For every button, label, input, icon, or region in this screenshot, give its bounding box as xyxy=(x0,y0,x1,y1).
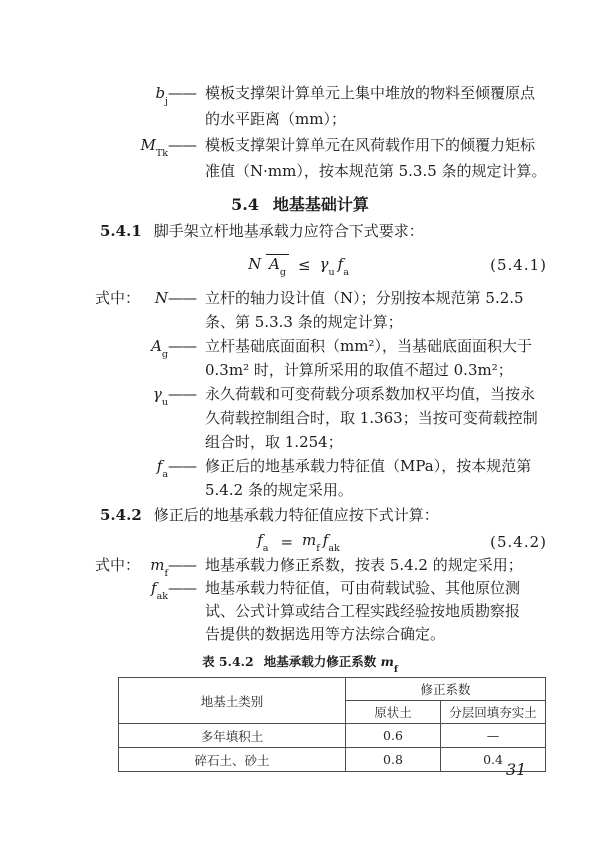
formula-term-fa: fa xyxy=(257,531,268,552)
shizhong-label: 式中： xyxy=(95,554,140,577)
equation-number: (5.4.1) xyxy=(490,256,547,274)
term-definition-mf: 式中：mf —— 地基承载力修正系数，按表 5.4.2 的规定采用； xyxy=(0,554,547,577)
term-symbol-area: bj xyxy=(0,80,168,106)
formula-term-mf: mf xyxy=(302,531,320,552)
formula-term-fak: fak xyxy=(323,531,340,552)
scanned-standard-page: { "page_number": "31", "dash": "——", "in… xyxy=(0,0,600,848)
table-row: 碎石土、砂土 0.8 0.4 xyxy=(119,748,546,772)
cell-value: 0.4 xyxy=(441,748,546,772)
clause-541: 5.4.1脚手架立杆地基承载力应符合下式要求： xyxy=(0,218,547,244)
term-definition-fak: fak —— 地基承载力特征值，可由荷载试验、其他原位测试、公式计算或结合工程实… xyxy=(0,577,547,646)
fraction-denominator: Ag xyxy=(266,254,289,273)
cell-category: 碎石土、砂土 xyxy=(119,748,346,772)
term-symbol: mf xyxy=(150,554,168,577)
shizhong-label: 式中： xyxy=(95,286,140,310)
cell-category: 多年填积土 xyxy=(119,724,346,748)
term-list-previous-clause: bj —— 模板支撑架计算单元上集中堆放的物料至倾覆原点的水平距离（mm）； M… xyxy=(0,80,547,184)
definition-dash: —— xyxy=(168,554,205,577)
formula-542: fa = mf fak (5.4.2) xyxy=(0,529,600,554)
term-description: 立杆基础底面面积（mm²），当基础底面面积大于 0.3m² 时，计算所采用的取值… xyxy=(205,334,547,382)
section-number: 5.4 xyxy=(231,195,259,214)
clause-number: 5.4.1 xyxy=(100,222,142,240)
term-symbol: N xyxy=(155,286,168,310)
term-description: 模板支撑架计算单元上集中堆放的物料至倾覆原点的水平距离（mm）； xyxy=(205,80,547,132)
fraction: N Ag xyxy=(248,255,289,276)
definition-dash: —— xyxy=(168,577,205,600)
term-description: 修正后的地基承载力特征值（MPa），按本规范第 5.4.2 条的规定采用。 xyxy=(205,454,547,502)
term-symbol: fak xyxy=(151,577,168,600)
definition-dash: —— xyxy=(168,382,205,406)
clause-542: 5.4.2修正后的地基承载力特征值应按下式计算： xyxy=(0,502,547,528)
relation-symbol: ≤ xyxy=(298,256,311,274)
cell-value: 0.8 xyxy=(346,748,441,772)
definition-dash: —— xyxy=(168,286,205,310)
equation-number: (5.4.2) xyxy=(490,533,547,551)
header-group: 修正系数 xyxy=(346,678,546,701)
header-undisturbed-soil: 原状土 xyxy=(346,701,441,724)
term-definition-bj: bj —— 模板支撑架计算单元上集中堆放的物料至倾覆原点的水平距离（mm）； xyxy=(0,80,547,132)
term-description: 模板支撑架计算单元在风荷载作用下的倾覆力矩标准值（N·mm），按本规范第 5.3… xyxy=(205,132,547,184)
table-title-text: 地基承载力修正系数 xyxy=(264,654,377,669)
term-symbol: bj xyxy=(155,80,168,106)
term-symbol: Ag xyxy=(151,334,168,358)
fraction-numerator: N xyxy=(248,255,261,273)
definition-dash: —— xyxy=(168,80,205,106)
clause-text: 脚手架立杆地基承载力应符合下式要求： xyxy=(154,222,424,240)
definition-dash: —— xyxy=(168,334,205,358)
term-description: 地基承载力修正系数，按表 5.4.2 的规定采用； xyxy=(205,554,531,577)
header-category: 地基土类别 xyxy=(119,678,346,724)
cell-value: 0.6 xyxy=(346,724,441,748)
term-description: 永久荷载和可变荷载分项系数加权平均值，当按永久荷载控制组合时，取 1.363；当… xyxy=(205,382,547,454)
clause-text: 修正后的地基承载力特征值应按下式计算： xyxy=(154,506,439,524)
term-symbol: MTk xyxy=(141,132,168,158)
section-title: 地基基础计算 xyxy=(273,195,369,214)
correction-factor-table: 地基土类别 修正系数 原状土 分层回填夯实土 多年填积土 0.6 — 碎石土、砂… xyxy=(118,677,546,772)
table-header-row-1: 地基土类别 修正系数 xyxy=(119,678,546,701)
term-definition-n: 式中：N —— 立杆的轴力设计值（N）；分别按本规范第 5.2.5 条、第 5.… xyxy=(0,286,547,334)
definition-dash: —— xyxy=(168,132,205,158)
header-compacted-backfill: 分层回填夯实土 xyxy=(441,701,546,724)
term-list-541: 式中：N —— 立杆的轴力设计值（N）；分别按本规范第 5.2.5 条、第 5.… xyxy=(0,286,547,502)
term-description: 立杆的轴力设计值（N）；分别按本规范第 5.2.5 条、第 5.3.3 条的规定… xyxy=(205,286,547,334)
formula-541: N Ag ≤ γu fa (5.4.1) xyxy=(0,244,600,286)
page-number: 31 xyxy=(506,760,526,779)
table-label: 表 5.4.2 xyxy=(202,654,254,669)
term-symbol-area: MTk xyxy=(0,132,168,158)
table-title: 表 5.4.2地基承载力修正系数 mf xyxy=(0,653,600,672)
term-symbol: fa xyxy=(157,454,168,478)
cell-value: — xyxy=(441,724,546,748)
term-symbol: γu xyxy=(153,382,168,406)
formula-term-fa: fa xyxy=(338,255,349,276)
term-description: 地基承载力特征值，可由荷载试验、其他原位测试、公式计算或结合工程实践经验按地质勘… xyxy=(205,577,531,646)
page-content: bj —— 模板支撑架计算单元上集中堆放的物料至倾覆原点的水平距离（mm）； M… xyxy=(0,0,600,848)
term-definition-fa: fa —— 修正后的地基承载力特征值（MPa），按本规范第 5.4.2 条的规定… xyxy=(0,454,547,502)
formula-term-gamma: γu xyxy=(320,255,335,276)
term-definition-gamma-u: γu —— 永久荷载和可变荷载分项系数加权平均值，当按永久荷载控制组合时，取 1… xyxy=(0,382,547,454)
term-list-542: 式中：mf —— 地基承载力修正系数，按表 5.4.2 的规定采用； fak —… xyxy=(0,554,547,646)
term-definition-mtk: MTk —— 模板支撑架计算单元在风荷载作用下的倾覆力矩标准值（N·mm），按本… xyxy=(0,132,547,184)
table-title-symbol: mf xyxy=(381,654,398,669)
table-row: 多年填积土 0.6 — xyxy=(119,724,546,748)
equals-symbol: = xyxy=(280,533,293,551)
clause-number: 5.4.2 xyxy=(100,506,142,524)
definition-dash: —— xyxy=(168,454,205,478)
term-definition-ag: Ag —— 立杆基础底面面积（mm²），当基础底面面积大于 0.3m² 时，计算… xyxy=(0,334,547,382)
section-heading: 5.4地基基础计算 xyxy=(0,192,600,218)
